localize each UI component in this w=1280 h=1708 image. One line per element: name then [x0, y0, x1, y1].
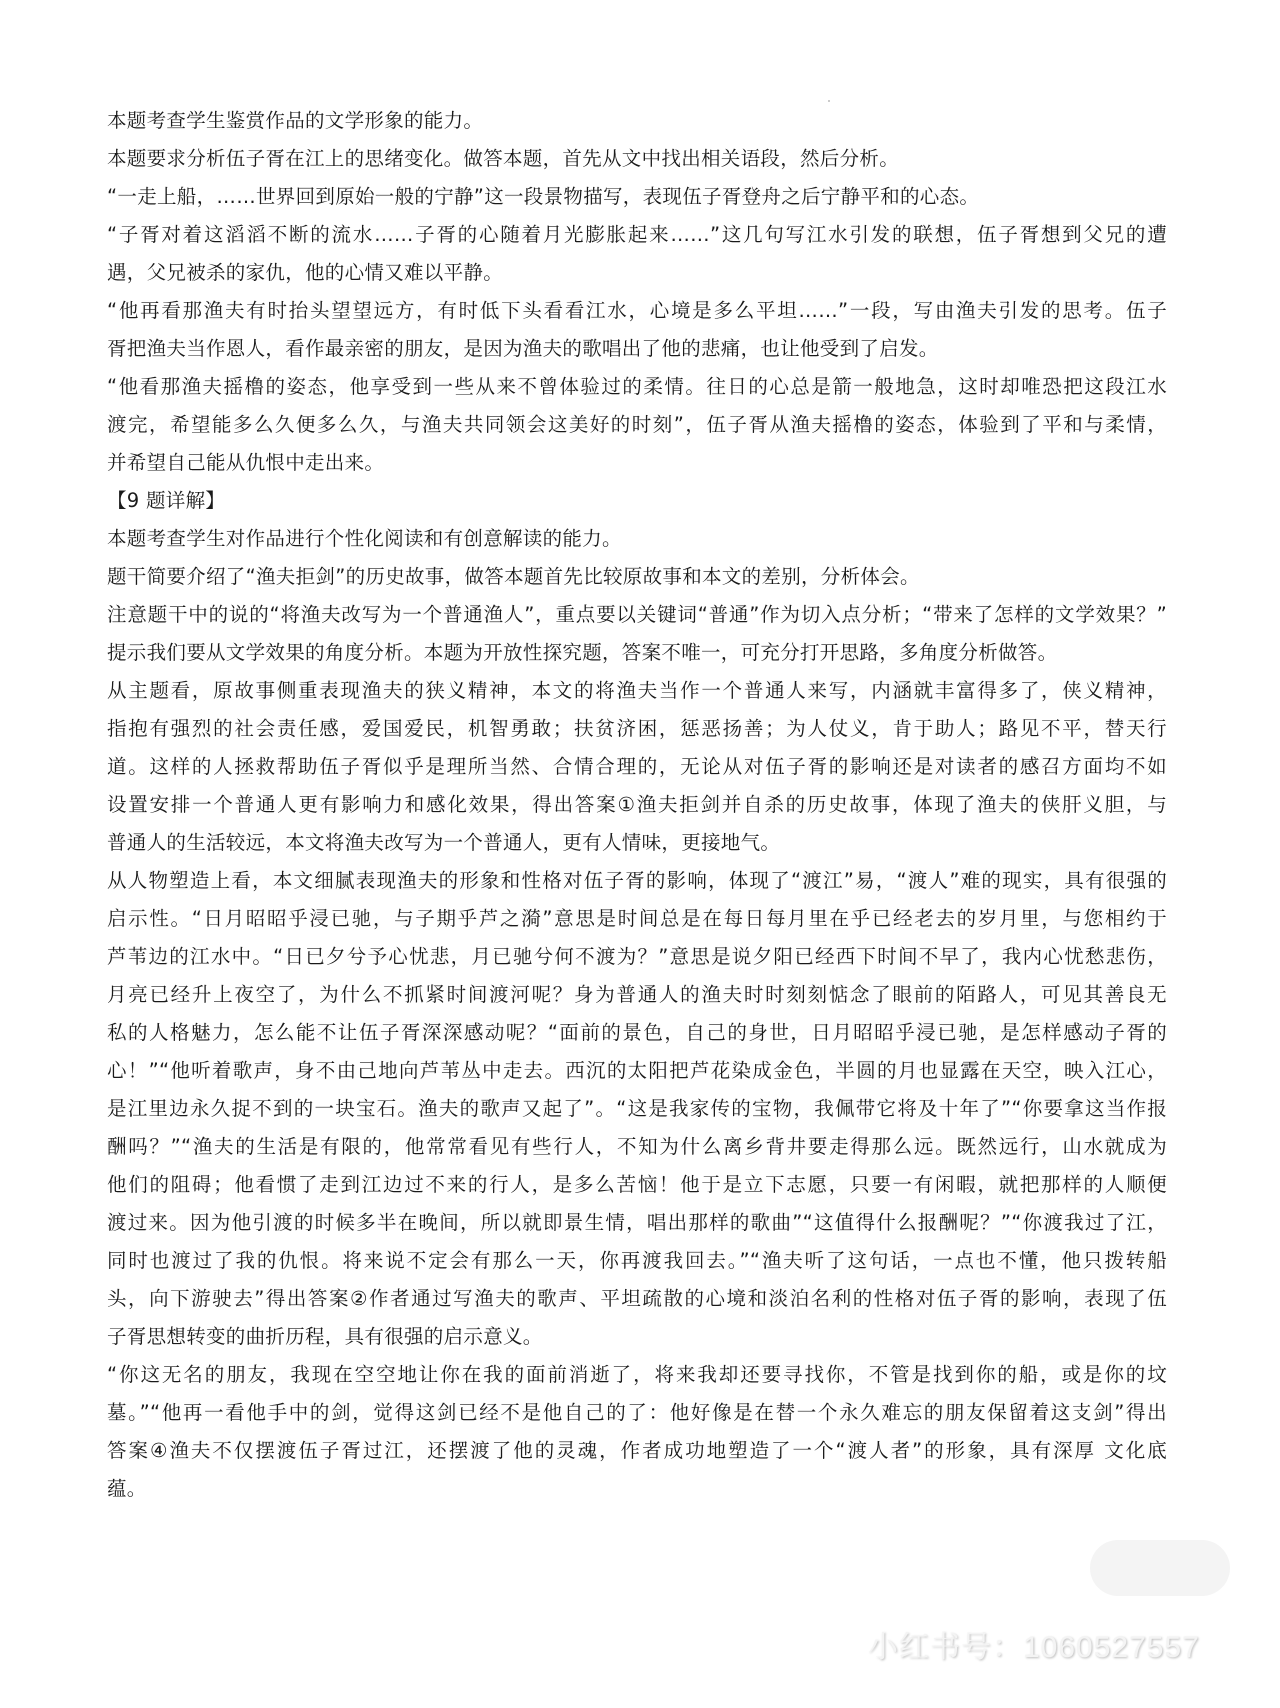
text-line: 月亮已经升上夜空了，为什么不抓紧时间渡河呢？身为普通人的渔夫时时刻刻惦念了眼前的… — [107, 976, 1167, 1014]
text-line: 提示我们要从文学效果的角度分析。本题为开放性探究题，答案不唯一，可充分打开思路，… — [107, 634, 1167, 672]
text-line: “你这无名的朋友，我现在空空地让你在我的面前消逝了，将来我却还要寻找你，不管是找… — [107, 1356, 1167, 1394]
text-line: 蕴。 — [107, 1470, 1167, 1508]
text-line: 题干简要介绍了“渔夫拒剑”的历史故事，做答本题首先比较原故事和本文的差别，分析体… — [107, 558, 1167, 596]
text-line: “子胥对着这滔滔不断的流水……子胥的心随着月光膨胀起来……”这几句写江水引发的联… — [107, 216, 1167, 254]
text-line: “他再看那渔夫有时抬头望望远方，有时低下头看看江水，心境是多么平坦……”一段，写… — [107, 292, 1167, 330]
watermark-account-id: 小红书号：1060527557 — [868, 1622, 1200, 1666]
text-line: 设置安排一个普通人更有影响力和感化效果，得出答案①渔夫拒剑并自杀的历史故事，体现… — [107, 786, 1167, 824]
text-line: 道。这样的人拯救帮助伍子胥似乎是理所当然、合情合理的，无论从对伍子胥的影响还是对… — [107, 748, 1167, 786]
text-line: 本题考查学生对作品进行个性化阅读和有创意解读的能力。 — [107, 520, 1167, 558]
text-line: 墓。”“他再一看他手中的剑，觉得这剑已经不是他自己的了：他好像是在替一个永久难忘… — [107, 1394, 1167, 1432]
text-line: 本题要求分析伍子胥在江上的思绪变化。做答本题，首先从文中找出相关语段，然后分析。 — [107, 140, 1167, 178]
text-line: 他们的阻碍；他看惯了走到江边过不来的行人，是多么苦恼！他于是立下志愿，只要一有闲… — [107, 1166, 1167, 1204]
text-line: 芦苇边的江水中。“日已夕兮予心忧悲，月已驰兮何不渡为？”意思是说夕阳已经西下时间… — [107, 938, 1167, 976]
text-line: 本题考查学生鉴赏作品的文学形象的能力。 — [107, 102, 1167, 140]
text-line: 渡完，希望能多么久便多么久，与渔夫共同领会这美好的时刻”，伍子胥从渔夫摇橹的姿态… — [107, 406, 1167, 444]
section-heading: 【9 题详解】 — [107, 482, 1167, 520]
text-line: 酬吗？”“渔夫的生活是有限的，他常常看见有些行人，不知为什么离乡背井要走得那么远… — [107, 1128, 1167, 1166]
text-line: 普通人的生活较远，本文将渔夫改写为一个普通人，更有人情味，更接地气。 — [107, 824, 1167, 862]
text-line: 是江里边永久捉不到的一块宝石。渔夫的歌声又起了”。“这是我家传的宝物，我佩带它将… — [107, 1090, 1167, 1128]
text-line: 从人物塑造上看，本文细腻表现渔夫的形象和性格对伍子胥的影响，体现了“渡江”易，“… — [107, 862, 1167, 900]
text-line: 从主题看，原故事侧重表现渔夫的狭义精神，本文的将渔夫当作一个普通人来写，内涵就丰… — [107, 672, 1167, 710]
text-line: 头，向下游驶去”得出答案②作者通过写渔夫的歌声、平坦疏散的心境和淡泊名利的性格对… — [107, 1280, 1167, 1318]
text-line: 同时也渡过了我的仇恨。将来说不定会有那么一天，你再渡我回去。”“渔夫听了这句话，… — [107, 1242, 1167, 1280]
text-line: 私的人格魅力，怎么能不让伍子胥深深感动呢？“面前的景色，自己的身世，日月昭昭乎浸… — [107, 1014, 1167, 1052]
text-line: 指抱有强烈的社会责任感，爱国爱民，机智勇敢；扶贫济困，惩恶扬善；为人仗义，肯于助… — [107, 710, 1167, 748]
text-line: 答案④渔夫不仅摆渡伍子胥过江，还摆渡了他的灵魂，作者成功地塑造了一个“渡人者”的… — [107, 1432, 1167, 1470]
text-line: 注意题干中的说的“将渔夫改写为一个普通渔人”，重点要以关键词“普通”作为切入点分… — [107, 596, 1167, 634]
text-line: 遇，父兄被杀的家仇，他的心情又难以平静。 — [107, 254, 1167, 292]
text-line: 子胥思想转变的曲折历程，具有很强的启示意义。 — [107, 1318, 1167, 1356]
answer-explanation-document: 本题考查学生鉴赏作品的文学形象的能力。本题要求分析伍子胥在江上的思绪变化。做答本… — [107, 102, 1167, 1508]
text-line: 胥把渔夫当作恩人，看作最亲密的朋友，是因为渔夫的歌唱出了他的悲痛，也让他受到了启… — [107, 330, 1167, 368]
text-line: 并希望自己能从仇恨中走出来。 — [107, 444, 1167, 482]
text-line: 渡过来。因为他引渡的时候多半在晚间，所以就即景生情，唱出那样的歌曲”“这值得什么… — [107, 1204, 1167, 1242]
text-line: “他看那渔夫摇橹的姿态，他享受到一些从来不曾体验过的柔情。往日的心总是箭一般地急… — [107, 368, 1167, 406]
text-line: 启示性。“日月昭昭乎浸已驰，与子期乎芦之漪”意思是时间总是在每日每月里在乎已经老… — [107, 900, 1167, 938]
watermark-logo-badge — [1090, 1540, 1230, 1596]
text-line: 心！”“他听着歌声，身不由己地向芦苇丛中走去。西沉的太阳把芦花染成金色，半圆的月… — [107, 1052, 1167, 1090]
text-line: “一走上船，……世界回到原始一般的宁静”这一段景物描写，表现伍子胥登舟之后宁静平… — [107, 178, 1167, 216]
